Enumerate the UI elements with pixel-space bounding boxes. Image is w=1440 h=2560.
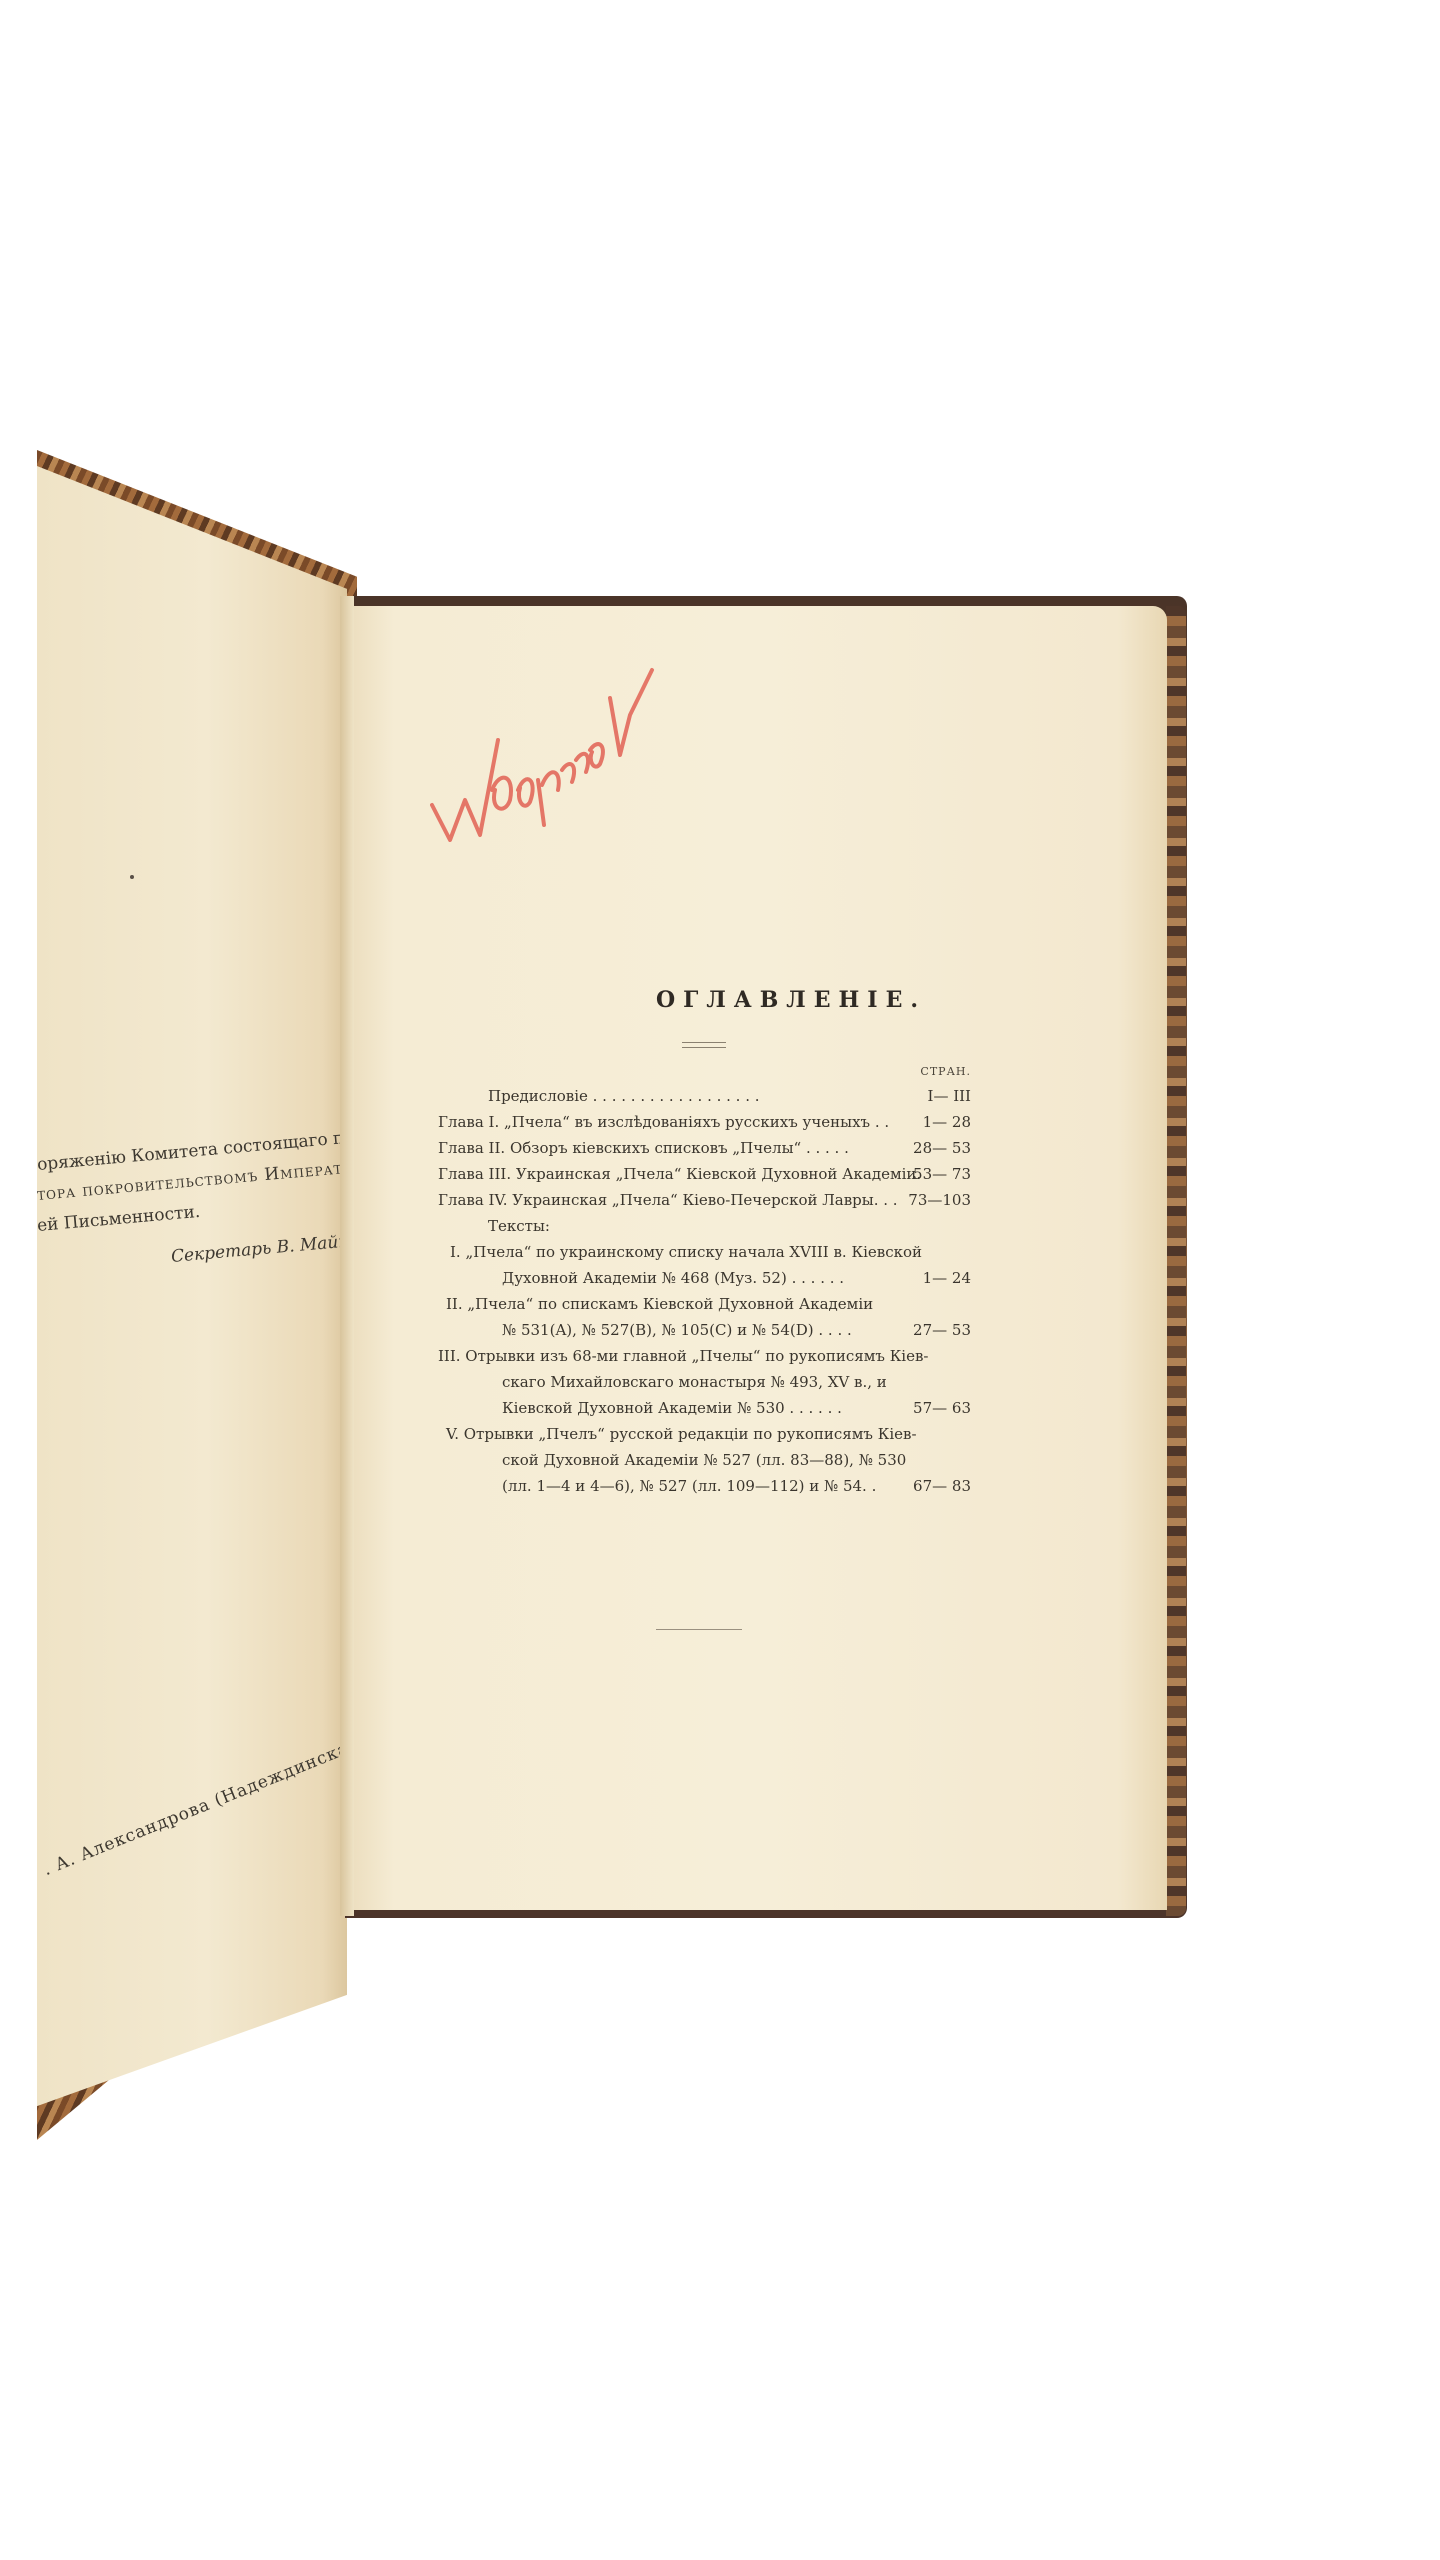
book-gutter [340, 596, 354, 1916]
toc-row: скаго Михайловскаго монастыря № 493, XV … [438, 1373, 971, 1397]
title-double-rule [682, 1042, 726, 1048]
right-cover-edge [1166, 606, 1186, 1916]
toc-row: Глава II. Обзоръ кіевскихъ списковъ „Пче… [438, 1139, 971, 1163]
left-page [37, 466, 347, 2126]
toc-row: (лл. 1—4 и 4—6), № 527 (лл. 109—112) и №… [438, 1477, 971, 1501]
toc-row: Кіевской Духовной Академіи № 530 . . . .… [438, 1399, 971, 1423]
pages-column-header: СТРАН. [920, 1065, 971, 1078]
toc-row: ской Духовной Академіи № 527 (лл. 83—88)… [438, 1451, 971, 1475]
toc-row: I. „Пчела“ по украинскому списку начала … [438, 1243, 971, 1267]
toc-row: Тексты: [438, 1217, 971, 1241]
toc-row: II. „Пчела“ по спискамъ Кіевской Духовно… [438, 1295, 971, 1319]
toc-row: III. Отрывки изъ 68-ми главной „Пчелы“ п… [438, 1347, 971, 1371]
toc-row: V. Отрывки „Пчелъ“ русской редакціи по р… [438, 1425, 971, 1449]
toc-row: Глава I. „Пчела“ въ изслѣдованіяхъ русск… [438, 1113, 971, 1137]
toc-row: Глава IV. Украинская „Пчела“ Кіево-Печер… [438, 1191, 971, 1215]
open-book-photo: оряженію Комитета состоящаго подъ Высоча… [0, 0, 1440, 2560]
red-pencil-signature [420, 640, 660, 850]
toc-row: Духовной Академіи № 468 (Муз. 52) . . . … [438, 1269, 971, 1293]
toc-row: Глава III. Украинская „Пчела“ Кіевской Д… [438, 1165, 971, 1189]
toc-row: № 531(A), № 527(B), № 105(C) и № 54(D) .… [438, 1321, 971, 1345]
paper-speck [130, 875, 134, 879]
toc-row: Предисловіе . . . . . . . . . . . . . . … [438, 1087, 971, 1111]
page-title: ОГЛАВЛЕНIЕ. [0, 987, 1440, 1013]
end-rule [656, 1629, 742, 1630]
